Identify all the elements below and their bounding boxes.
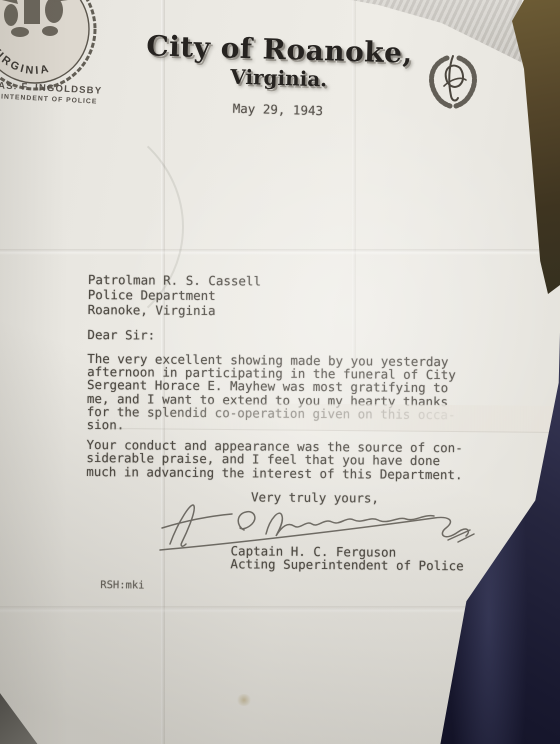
- photo-of-letter: VIRGINIA JAS. F. INGOLDSBY RINTENDENT OF…: [0, 0, 560, 744]
- masthead: City of Roanoke, Virginia. May 29, 1943: [118, 30, 440, 122]
- address-line: Roanoke, Virginia: [88, 302, 508, 321]
- fold-fade-overlay: [110, 402, 560, 433]
- wreath-monogram-icon: [420, 52, 486, 110]
- signature-handwriting: [148, 492, 478, 554]
- recipient-address: Patrolman R. S. Cassell Police Departmen…: [88, 272, 508, 321]
- salutation: Dear Sir:: [87, 327, 507, 346]
- body-line: much in advancing the interest of this D…: [86, 465, 506, 482]
- stain-spot: [236, 694, 252, 706]
- signer-title-line: Acting Superintendent of Police: [230, 557, 505, 573]
- body-paragraph-2: Your conduct and appearance was the sour…: [86, 438, 506, 481]
